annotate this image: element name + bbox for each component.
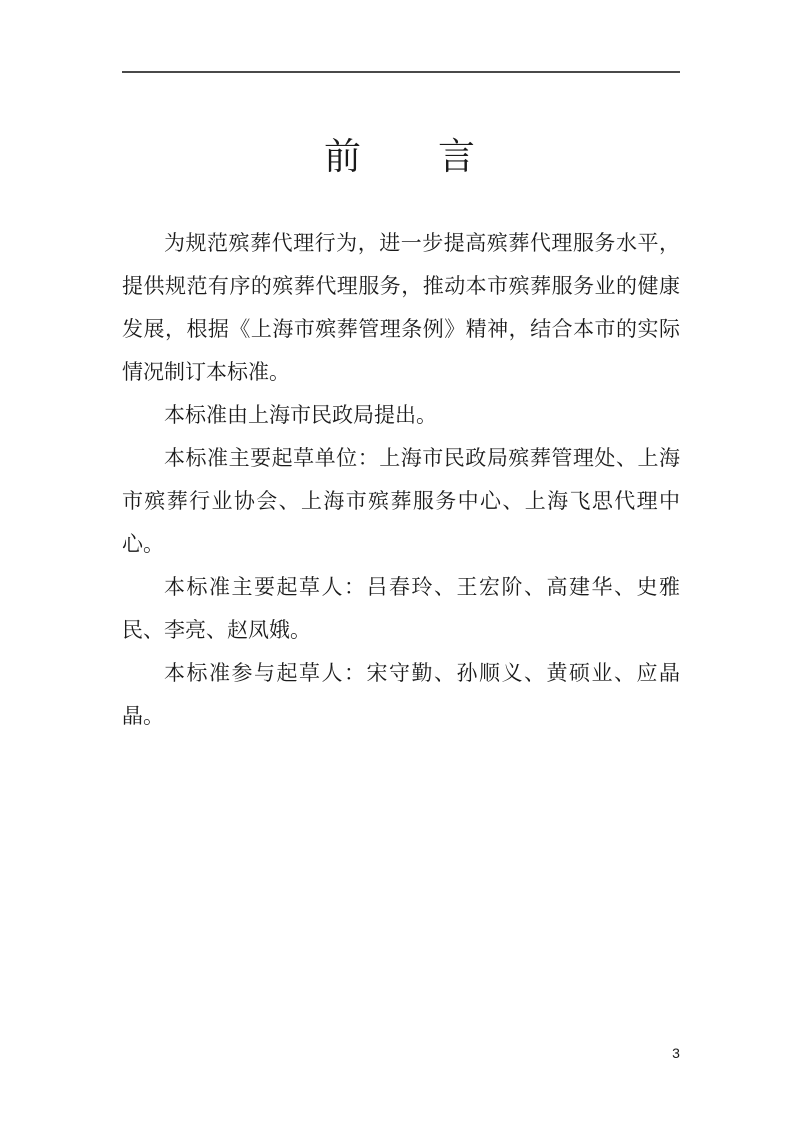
paragraph-participating-drafters: 本标准参与起草人：宋守勤、孙顺义、黄硕业、应晶晶。 bbox=[122, 652, 680, 738]
document-body: 为规范殡葬代理行为，进一步提高殡葬代理服务水平，提供规范有序的殡葬代理服务，推动… bbox=[122, 222, 680, 738]
header-rule bbox=[122, 71, 680, 73]
paragraph-drafting-units: 本标准主要起草单位：上海市民政局殡葬管理处、上海市殡葬行业协会、上海市殡葬服务中… bbox=[122, 437, 680, 566]
paragraph-main-drafters: 本标准主要起草人：吕春玲、王宏阶、高建华、史雅民、李亮、赵凤娥。 bbox=[122, 566, 680, 652]
paragraph-intro: 为规范殡葬代理行为，进一步提高殡葬代理服务水平，提供规范有序的殡葬代理服务，推动… bbox=[122, 222, 680, 394]
page-number: 3 bbox=[664, 1044, 688, 1062]
document-page: 前 言 为规范殡葬代理行为，进一步提高殡葬代理服务水平，提供规范有序的殡葬代理服… bbox=[0, 0, 800, 1131]
paragraph-proposer: 本标准由上海市民政局提出。 bbox=[122, 394, 680, 437]
foreword-title: 前 言 bbox=[0, 137, 800, 178]
